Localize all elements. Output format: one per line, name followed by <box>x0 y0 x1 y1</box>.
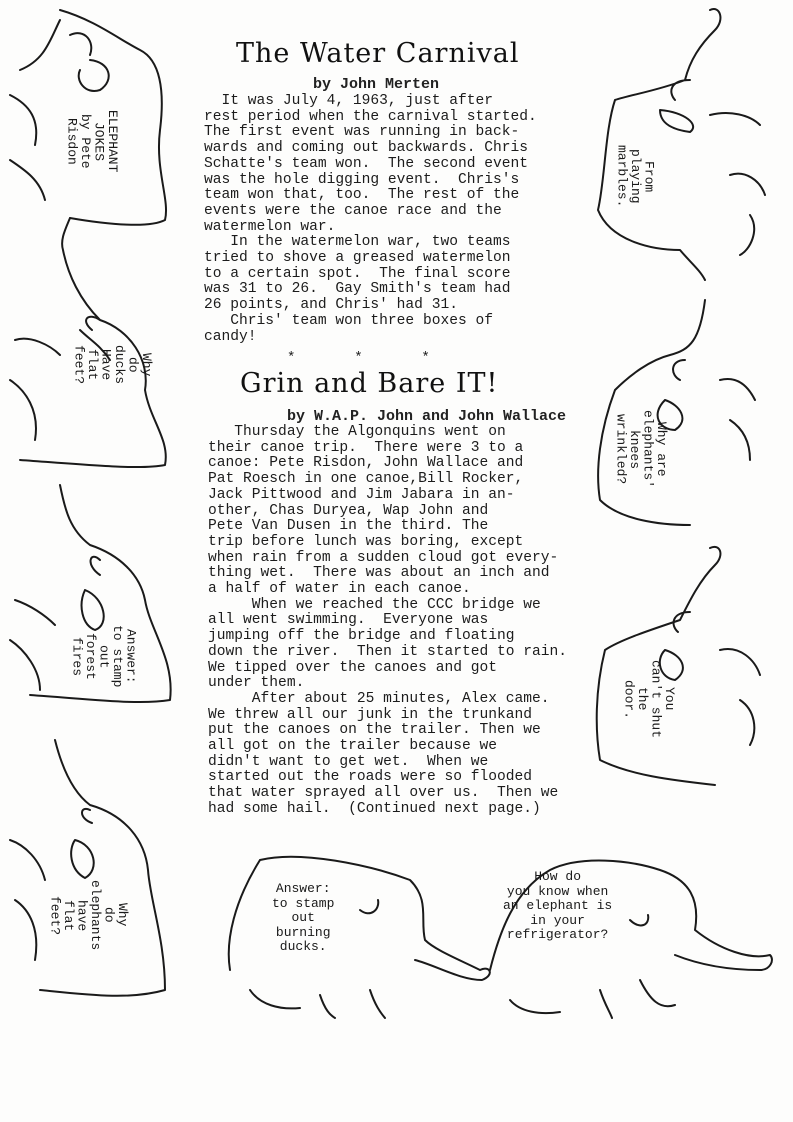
elephant-illustration <box>590 0 793 800</box>
elephant-joke-text: Why are elephants' knees wrinkled? <box>614 410 668 488</box>
elephant-joke-text: Answer: to stamp out forest fires <box>70 625 138 687</box>
article-title-water-carnival: The Water Carnival <box>236 38 519 69</box>
article-byline: by W.A.P. John and John Wallace <box>287 408 566 425</box>
elephant-joke-text: ELEPHANT JOKES by Pete Risdon <box>65 110 119 172</box>
article-byline: by John Merten <box>313 76 439 93</box>
elephant-joke-text: Why do ducks Have flat feet? <box>72 345 153 384</box>
section-separator: * * * <box>287 350 430 366</box>
newsletter-page: The Water Carnival by John Merten It was… <box>0 0 793 1122</box>
article-body: Thursday the Algonquins went on their ca… <box>208 425 567 818</box>
article-body: It was July 4, 1963, just after rest per… <box>204 94 537 345</box>
elephant-joke-text: Answer: to stamp out burning ducks. <box>272 882 334 955</box>
elephant-joke-text: You can't shut the door. <box>622 660 676 738</box>
article-title-grin-and-bare-it: Grin and Bare IT! <box>240 368 498 399</box>
elephant-joke-text: How do you know when an elephant is in y… <box>503 870 612 943</box>
elephant-joke-text: Why do elephants have flat feet? <box>48 880 129 950</box>
elephant-joke-text: From playing marbles. <box>615 145 656 207</box>
